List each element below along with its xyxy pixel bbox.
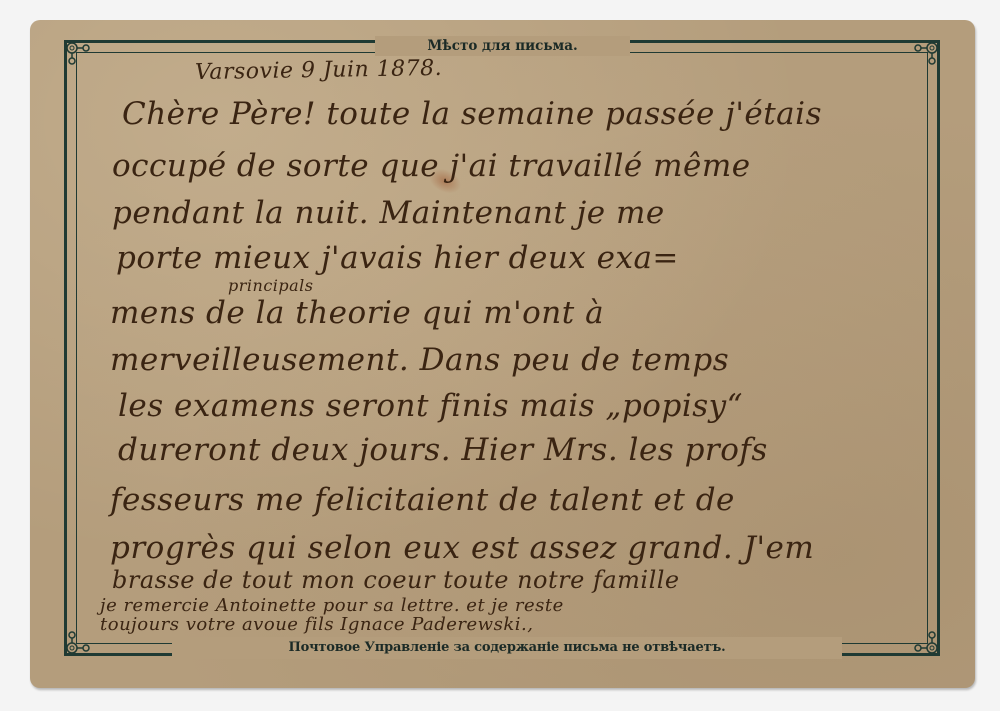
letter-insertion: principals [228, 276, 314, 295]
letter-line: je remercie Antoinette pour sa lettre. e… [100, 595, 564, 616]
header-title: Мѣсто для письма. [375, 36, 630, 56]
corner-ornament-top-left-icon [62, 38, 98, 74]
letter-line: Chère Père! toute la semaine passée j'ét… [122, 96, 822, 132]
corner-ornament-bottom-left-icon [62, 622, 98, 658]
letter-line: occupé de sorte que j'ai travaillé même [112, 148, 751, 184]
letter-line: merveilleusement. Dans peu de temps [110, 342, 729, 378]
letter-line: progrès qui selon eux est assez grand. J… [110, 530, 814, 566]
letter-line: fesseurs me felicitaient de talent et de [110, 482, 735, 518]
letter-line: les examens seront finis mais „popisy“ [118, 388, 743, 424]
letter-line: mens de la theorie qui m'ont à [110, 295, 604, 331]
letter-line: pendant la nuit. Maintenant je me [112, 195, 665, 231]
letter-line: brasse de tout mon coeur toute notre fam… [112, 566, 680, 594]
letter-line: dureront deux jours. Hier Mrs. les profs [118, 432, 768, 468]
letter-line: porte mieux j'avais hier deux exa= [116, 240, 679, 276]
letter-signature-line: toujours votre avoue fils Ignace Paderew… [100, 614, 533, 635]
corner-ornament-bottom-right-icon [906, 622, 942, 658]
footer-notice: Почтовое Управленіе за содержаніе письма… [172, 637, 842, 659]
corner-ornament-top-right-icon [906, 38, 942, 74]
letter-dateline: Varsovie 9 Juin 1878. [195, 56, 443, 85]
